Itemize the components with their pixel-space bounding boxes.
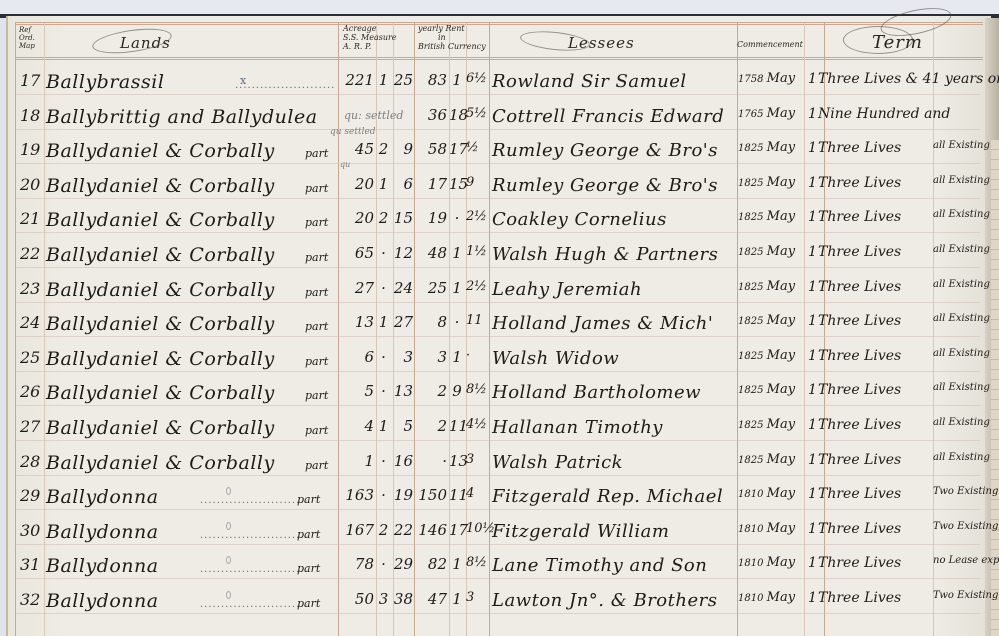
commencement-date: 1765 May <box>738 106 795 121</box>
roods: · <box>376 555 391 573</box>
ledger-row: 19 Ballydaniel & Corbally qu settled par… <box>0 133 999 167</box>
part-label: part <box>297 597 320 610</box>
acres: 4 <box>340 417 374 435</box>
roods: · <box>376 486 391 504</box>
roods: · <box>376 382 391 400</box>
row-number: 20 <box>20 175 40 194</box>
term: Three Lives <box>818 590 901 606</box>
land-name: Ballydaniel & Corbally <box>46 313 275 335</box>
header-lands: Lands <box>120 34 171 52</box>
part-label: part <box>305 355 328 368</box>
term-note: Two Existing <box>933 590 998 601</box>
part-label: part <box>297 562 320 575</box>
part-label: part <box>297 493 320 506</box>
commencement-month: May <box>767 175 795 190</box>
lessee-name: Coakley Cornelius <box>492 209 667 230</box>
lessee-name: Rumley George & Bro's <box>492 175 718 196</box>
header-rent: yearly Rent in British Currency <box>418 24 486 51</box>
ledger-row: 27 Ballydaniel & Corbally part 4 1 5 2 1… <box>0 410 999 444</box>
header-term: Term <box>872 32 923 53</box>
rent-pounds: · <box>414 452 447 470</box>
row-number: 19 <box>20 140 40 159</box>
row-number: 23 <box>20 279 40 298</box>
commencement-month: May <box>767 521 795 536</box>
header-map-ref-line1: Ref <box>19 26 35 34</box>
term-note: all Existing <box>933 313 990 324</box>
perches: 16 <box>393 452 413 470</box>
term: Three Lives & 41 years on <box>818 71 999 87</box>
rent-shillings: · <box>449 209 465 227</box>
rent-pence: 11 <box>466 313 490 328</box>
dotted-leader: .......................... <box>200 530 309 541</box>
commencement-month: May <box>767 590 795 605</box>
perches: 13 <box>393 382 413 400</box>
land-name: Ballybrassil <box>46 71 164 93</box>
land-name: Ballydonna <box>46 521 159 543</box>
acres: 1 <box>340 452 374 470</box>
commencement-date: 1825 May <box>738 452 795 467</box>
term-note: no Lease expected <box>933 555 999 566</box>
commencement-date: 1825 May <box>738 417 795 432</box>
rent-pounds: 17 <box>414 175 447 193</box>
term-note: all Existing <box>933 452 990 463</box>
commencement-month: May <box>767 140 795 155</box>
commencement-day: 1 <box>808 452 817 468</box>
commencement-day: 1 <box>808 175 817 191</box>
rent-pounds: 8 <box>414 313 447 331</box>
rent-shillings: 9 <box>449 382 465 400</box>
dotted-leader: .......................... <box>200 564 309 575</box>
land-name: Ballydaniel & Corbally <box>46 452 275 474</box>
commencement-date: 1810 May <box>738 521 795 536</box>
row-number: 17 <box>20 71 40 90</box>
commencement-day: 1 <box>808 486 817 502</box>
term-note: all Existing <box>933 348 990 359</box>
row-number: 32 <box>20 590 40 609</box>
pencil-note: qu: settled <box>344 109 403 122</box>
commencement-month: May <box>767 279 795 294</box>
term: Three Lives <box>818 417 901 433</box>
rent-pence: 8½ <box>466 555 490 570</box>
header-acreage-line1: Acreage <box>343 24 397 33</box>
commencement-date: 1810 May <box>738 590 795 605</box>
header-map-ref: Ref Ord. Map <box>19 26 35 50</box>
row-number: 30 <box>20 521 40 540</box>
dotted-leader: ........................ <box>235 80 335 91</box>
term: Three Lives <box>818 452 901 468</box>
term: Three Lives <box>818 244 901 260</box>
rent-shillings: 1 <box>449 279 465 297</box>
header-acreage-line3: A. R. P. <box>343 42 397 51</box>
commencement-year: 1825 <box>738 143 763 154</box>
commencement-year: 1810 <box>738 558 763 569</box>
pencil-mark-o <box>226 556 231 564</box>
header-rent-line3: British Currency <box>418 42 486 51</box>
rent-pence: 3 <box>466 590 490 605</box>
lessee-name: Rumley George & Bro's <box>492 140 718 161</box>
acres: 78 <box>340 555 374 573</box>
pencil-mark-o <box>226 487 231 495</box>
header-rent-line1: yearly Rent <box>418 24 486 33</box>
roods: · <box>376 244 391 262</box>
part-label: part <box>305 389 328 402</box>
rent-pence: 2½ <box>466 209 490 224</box>
rent-shillings: 1 <box>449 71 465 89</box>
commencement-day: 1 <box>808 71 817 87</box>
lessee-name: Walsh Widow <box>492 348 619 369</box>
commencement-month: May <box>767 71 795 86</box>
perches: 29 <box>393 555 413 573</box>
commencement-day: 1 <box>808 279 817 295</box>
term: Three Lives <box>818 521 901 537</box>
perches: 5 <box>393 417 413 435</box>
term: Three Lives <box>818 486 901 502</box>
rent-pounds: 146 <box>414 521 447 539</box>
row-number: 25 <box>20 348 40 367</box>
roods: 1 <box>376 417 391 435</box>
acres: 20 <box>340 209 374 227</box>
perches: 6 <box>393 175 413 193</box>
roods: 2 <box>376 140 391 158</box>
row-number: 31 <box>20 555 40 574</box>
perches: 3 <box>393 348 413 366</box>
roods: 2 <box>376 209 391 227</box>
rent-pence: 5½ <box>466 106 490 121</box>
pencil-note: qu settled <box>330 127 376 137</box>
part-label: part <box>305 286 328 299</box>
header-acreage: Acreage S.S. Measure A. R. P. <box>343 24 397 51</box>
ledger-row: 32 Ballydonna ..........................… <box>0 583 999 617</box>
commencement-date: 1825 May <box>738 140 795 155</box>
lessee-name: Lawton Jn°. & Brothers <box>492 590 717 611</box>
rent-pounds: 36 <box>414 106 447 124</box>
rent-pence: 2½ <box>466 279 490 294</box>
commencement-month: May <box>767 244 795 259</box>
commencement-date: 1825 May <box>738 313 795 328</box>
header-commencement: Commencement <box>737 41 803 49</box>
lessee-name: Fitzgerald Rep. Michael <box>492 486 723 507</box>
roods: 1 <box>376 313 391 331</box>
rent-pounds: 2 <box>414 417 447 435</box>
lessee-name: Fitzgerald William <box>492 521 670 542</box>
row-number: 22 <box>20 244 40 263</box>
commencement-month: May <box>767 486 795 501</box>
rent-pounds: 48 <box>414 244 447 262</box>
pencil-note: qu <box>340 160 350 169</box>
perches: 27 <box>393 313 413 331</box>
rent-pence: 4½ <box>466 417 490 432</box>
term: Nine Hundred and <box>818 106 950 122</box>
rent-pence: 4 <box>466 486 490 501</box>
commencement-month: May <box>767 313 795 328</box>
commencement-month: May <box>767 209 795 224</box>
rent-pence: ½ <box>466 140 490 155</box>
commencement-year: 1825 <box>738 178 763 189</box>
commencement-date: 1825 May <box>738 348 795 363</box>
land-name: Ballydaniel & Corbally <box>46 382 275 404</box>
header-lessees: Lessees <box>568 34 635 52</box>
commencement-day: 1 <box>808 209 817 225</box>
commencement-month: May <box>767 106 795 121</box>
perches: 15 <box>393 209 413 227</box>
rent-shillings: 1 <box>449 590 465 608</box>
perches: 24 <box>393 279 413 297</box>
perches: 19 <box>393 486 413 504</box>
ledger-row: 20 Ballydaniel & Corbally qu part 20 1 6… <box>0 168 999 202</box>
land-name: Ballydonna <box>46 555 159 577</box>
acres: 50 <box>340 590 374 608</box>
land-name: Ballydaniel & Corbally <box>46 209 275 231</box>
commencement-date: 1810 May <box>738 555 795 570</box>
roods: · <box>376 452 391 470</box>
term-note: all Existing <box>933 140 990 151</box>
ledger-row: 21 Ballydaniel & Corbally part 20 2 15 1… <box>0 202 999 236</box>
rent-pence: 10½ <box>466 521 490 536</box>
rent-pence: 8½ <box>466 382 490 397</box>
pencil-mark-x: x <box>240 74 246 87</box>
term-note: Two Existing <box>933 486 998 497</box>
ledger-row: 23 Ballydaniel & Corbally part 27 · 24 2… <box>0 272 999 306</box>
commencement-day: 1 <box>808 313 817 329</box>
ledger-row: 22 Ballydaniel & Corbally part 65 · 12 4… <box>0 237 999 271</box>
term-note: Two Existing <box>933 521 998 532</box>
lessee-name: Holland James & Mich' <box>492 313 713 334</box>
acres: 45 <box>340 140 374 158</box>
row-number: 28 <box>20 452 40 471</box>
part-label: part <box>305 182 328 195</box>
rent-pounds: 3 <box>414 348 447 366</box>
commencement-day: 1 <box>808 417 817 433</box>
part-label: part <box>305 147 328 160</box>
row-number: 27 <box>20 417 40 436</box>
dotted-leader: .......................... <box>200 599 309 610</box>
rent-pounds: 25 <box>414 279 447 297</box>
commencement-year: 1810 <box>738 524 763 535</box>
commencement-date: 1825 May <box>738 209 795 224</box>
term: Three Lives <box>818 555 901 571</box>
header-acreage-line2: S.S. Measure <box>343 33 397 42</box>
commencement-day: 1 <box>808 244 817 260</box>
commencement-day: 1 <box>808 590 817 606</box>
term: Three Lives <box>818 382 901 398</box>
acres: 27 <box>340 279 374 297</box>
land-name: Ballydaniel & Corbally <box>46 244 275 266</box>
commencement-day: 1 <box>808 348 817 364</box>
commencement-date: 1825 May <box>738 382 795 397</box>
ledger-row: 28 Ballydaniel & Corbally part 1 · 16 · … <box>0 445 999 479</box>
commencement-year: 1825 <box>738 351 763 362</box>
rent-shillings: 11 <box>449 417 465 435</box>
rent-shillings: 13 <box>449 452 465 470</box>
dotted-leader: .......................... <box>200 495 309 506</box>
term: Three Lives <box>818 175 901 191</box>
land-name: Ballydonna <box>46 590 159 612</box>
commencement-day: 1 <box>808 140 817 156</box>
term: Three Lives <box>818 279 901 295</box>
commencement-year: 1825 <box>738 455 763 466</box>
acres: 20 <box>340 175 374 193</box>
acres: 5 <box>340 382 374 400</box>
row-number: 29 <box>20 486 40 505</box>
ledger-row: 26 Ballydaniel & Corbally part 5 · 13 2 … <box>0 375 999 409</box>
rent-pounds: 47 <box>414 590 447 608</box>
acres: 13 <box>340 313 374 331</box>
header-rent-line2: in <box>418 33 486 42</box>
commencement-year: 1758 <box>738 74 763 85</box>
rent-shillings: 11 <box>449 486 465 504</box>
ledger-row: 30 Ballydonna ..........................… <box>0 514 999 548</box>
perches: 25 <box>393 71 413 89</box>
header-map-ref-line3: Map <box>19 42 35 50</box>
roods: · <box>376 348 391 366</box>
commencement-day: 1 <box>808 382 817 398</box>
rent-pence: 9 <box>466 175 490 190</box>
land-name: Ballydaniel & Corbally <box>46 175 275 197</box>
perches: 38 <box>393 590 413 608</box>
roods: · <box>376 279 391 297</box>
rent-pounds: 150 <box>414 486 447 504</box>
land-name: Ballydonna <box>46 486 159 508</box>
rent-shillings: 18 <box>449 106 465 124</box>
term-note: all Existing <box>933 209 990 220</box>
pencil-mark-o <box>226 522 231 530</box>
roods: 2 <box>376 521 391 539</box>
ledger-row: 25 Ballydaniel & Corbally part 6 · 3 3 1… <box>0 341 999 375</box>
commencement-month: May <box>767 348 795 363</box>
row-number: 21 <box>20 209 40 228</box>
rent-shillings: 17 <box>449 521 465 539</box>
lessee-name: Walsh Patrick <box>492 452 623 473</box>
term-note: all Existing <box>933 417 990 428</box>
perches: 22 <box>393 521 413 539</box>
roods: 3 <box>376 590 391 608</box>
term-note: all Existing <box>933 279 990 290</box>
part-label: part <box>305 459 328 472</box>
commencement-year: 1825 <box>738 212 763 223</box>
rent-shillings: 1 <box>449 244 465 262</box>
rent-shillings: 1 <box>449 555 465 573</box>
header-map-ref-line2: Ord. <box>19 34 35 42</box>
commencement-month: May <box>767 555 795 570</box>
ledger-row: 29 Ballydonna ..........................… <box>0 479 999 513</box>
rent-shillings: 1 <box>449 348 465 366</box>
lessee-name: Holland Bartholomew <box>492 382 701 403</box>
part-label: part <box>305 216 328 229</box>
commencement-year: 1825 <box>738 247 763 258</box>
lessee-name: Lane Timothy and Son <box>492 555 707 576</box>
commencement-date: 1825 May <box>738 244 795 259</box>
commencement-month: May <box>767 382 795 397</box>
roods: 1 <box>376 71 391 89</box>
rent-pounds: 19 <box>414 209 447 227</box>
commencement-month: May <box>767 417 795 432</box>
rent-pounds: 83 <box>414 71 447 89</box>
land-name: Ballydaniel & Corbally <box>46 279 275 301</box>
part-label: part <box>305 424 328 437</box>
commencement-day: 1 <box>808 106 817 122</box>
lessee-name: Rowland Sir Samuel <box>492 71 687 92</box>
rent-shillings: 17 <box>449 140 465 158</box>
perches: 12 <box>393 244 413 262</box>
acres: 163 <box>340 486 374 504</box>
acres: 6 <box>340 348 374 366</box>
commencement-day: 1 <box>808 555 817 571</box>
acres: 167 <box>340 521 374 539</box>
pencil-mark-o <box>226 591 231 599</box>
term-note: all Existing <box>933 244 990 255</box>
term: Three Lives <box>818 313 901 329</box>
acres: 65 <box>340 244 374 262</box>
rent-shillings: · <box>449 313 465 331</box>
part-label: part <box>305 320 328 333</box>
ledger-row: 17 Ballybrassil ........................… <box>0 64 999 98</box>
term-note: all Existing <box>933 382 990 393</box>
part-label: part <box>297 528 320 541</box>
commencement-year: 1825 <box>738 420 763 431</box>
land-name: Ballydaniel & Corbally <box>46 417 275 439</box>
part-label: part <box>305 251 328 264</box>
ledger-row: 31 Ballydonna ..........................… <box>0 548 999 582</box>
top-rule <box>15 22 983 25</box>
commencement-year: 1825 <box>738 385 763 396</box>
commencement-date: 1825 May <box>738 279 795 294</box>
rent-pounds: 58 <box>414 140 447 158</box>
term: Three Lives <box>818 348 901 364</box>
acres: 221 <box>340 71 374 89</box>
commencement-day: 1 <box>808 521 817 537</box>
rent-pence: · <box>466 348 490 363</box>
rent-pence: 3 <box>466 452 490 467</box>
row-number: 26 <box>20 382 40 401</box>
land-name: Ballydaniel & Corbally <box>46 348 275 370</box>
lessee-name: Walsh Hugh & Partners <box>492 244 718 265</box>
commencement-year: 1825 <box>738 282 763 293</box>
rent-pence: 1½ <box>466 244 490 259</box>
lessee-name: Hallanan Timothy <box>492 417 663 438</box>
rent-shillings: 15 <box>449 175 465 193</box>
commencement-date: 1810 May <box>738 486 795 501</box>
term: Three Lives <box>818 140 901 156</box>
row-number: 24 <box>20 313 40 332</box>
commencement-month: May <box>767 452 795 467</box>
commencement-year: 1765 <box>738 109 763 120</box>
ledger-row: 18 Ballybrittig and Ballydulea qu: settl… <box>0 99 999 133</box>
term: Three Lives <box>818 209 901 225</box>
land-name: Ballybrittig and Ballydulea <box>46 106 318 128</box>
commencement-year: 1825 <box>738 316 763 327</box>
lessee-name: Cottrell Francis Edward <box>492 106 724 127</box>
term-note: all Existing <box>933 175 990 186</box>
commencement-date: 1825 May <box>738 175 795 190</box>
commencement-year: 1810 <box>738 593 763 604</box>
rent-pence: 6½ <box>466 71 490 86</box>
land-name: Ballydaniel & Corbally <box>46 140 275 162</box>
roods: 1 <box>376 175 391 193</box>
rent-pounds: 2 <box>414 382 447 400</box>
commencement-date: 1758 May <box>738 71 795 86</box>
header-rule <box>15 57 983 60</box>
row-number: 18 <box>20 106 40 125</box>
commencement-year: 1810 <box>738 489 763 500</box>
lessee-name: Leahy Jeremiah <box>492 279 642 300</box>
rent-pounds: 82 <box>414 555 447 573</box>
ledger-row: 24 Ballydaniel & Corbally part 13 1 27 8… <box>0 306 999 340</box>
perches: 9 <box>393 140 413 158</box>
